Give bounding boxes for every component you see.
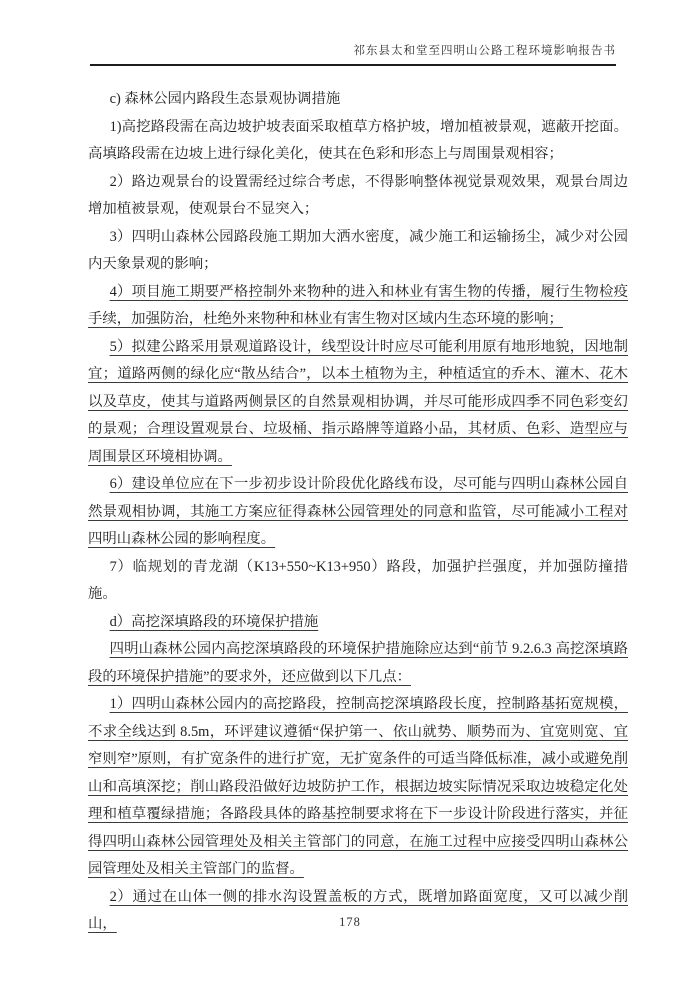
paragraph: 3）四明山森林公园路段施工期加大洒水密度，减少施工和运输扬尘，减少对公园内天象景…: [88, 224, 628, 279]
document-body: c) 森林公园内路段生态景观协调措施1)高挖路段需在高边坡护坡表面采取植草方格护…: [88, 86, 628, 939]
paragraph: 6）建设单位应在下一步初步设计阶段优化路线布设，尽可能与四明山森林公园自然景观相…: [88, 471, 628, 554]
page-number: 178: [339, 915, 361, 929]
paragraph: 1)高挖路段需在高边坡护坡表面采取植草方格护坡，增加植被景观，遮蔽开挖面。高填路…: [88, 114, 628, 169]
paragraph: c) 森林公园内路段生态景观协调措施: [88, 86, 628, 114]
paragraph: d）高挖深填路段的环境保护措施: [88, 609, 628, 637]
page-header: 祁东县太和堂至四明山公路工程环境影响报告书: [90, 42, 616, 66]
paragraph: 2）路边观景台的设置需经过综合考虑，不得影响整体视觉景观效果，观景台周边增加植被…: [88, 169, 628, 224]
paragraph: 7）临规划的青龙湖（K13+550~K13+950）路段，加强护拦强度，并加强防…: [88, 554, 628, 609]
paragraph: 1）四明山森林公园内的高挖路段，控制高挖深填路段长度，控制路基拓宽规模，不求全线…: [88, 691, 628, 884]
header-title: 祁东县太和堂至四明山公路工程环境影响报告书: [354, 45, 617, 57]
paragraph: 2）通过在山体一侧的排水沟设置盖板的方式，既增加路面宽度，又可以减少削山，: [88, 884, 628, 939]
paragraph: 四明山森林公园内高挖深填路段的环境保护措施除应达到“前节 9.2.6.3 高挖深…: [88, 636, 628, 691]
document-page: 祁东县太和堂至四明山公路工程环境影响报告书 c) 森林公园内路段生态景观协调措施…: [0, 0, 700, 990]
paragraph: 5）拟建公路采用景观道路设计，线型设计时应尽可能利用原有地形地貌，因地制宜；道路…: [88, 334, 628, 472]
page-footer: 178: [0, 915, 700, 930]
paragraph: 4）项目施工期要严格控制外来物种的进入和林业有害生物的传播，履行生物检疫手续，加…: [88, 279, 628, 334]
